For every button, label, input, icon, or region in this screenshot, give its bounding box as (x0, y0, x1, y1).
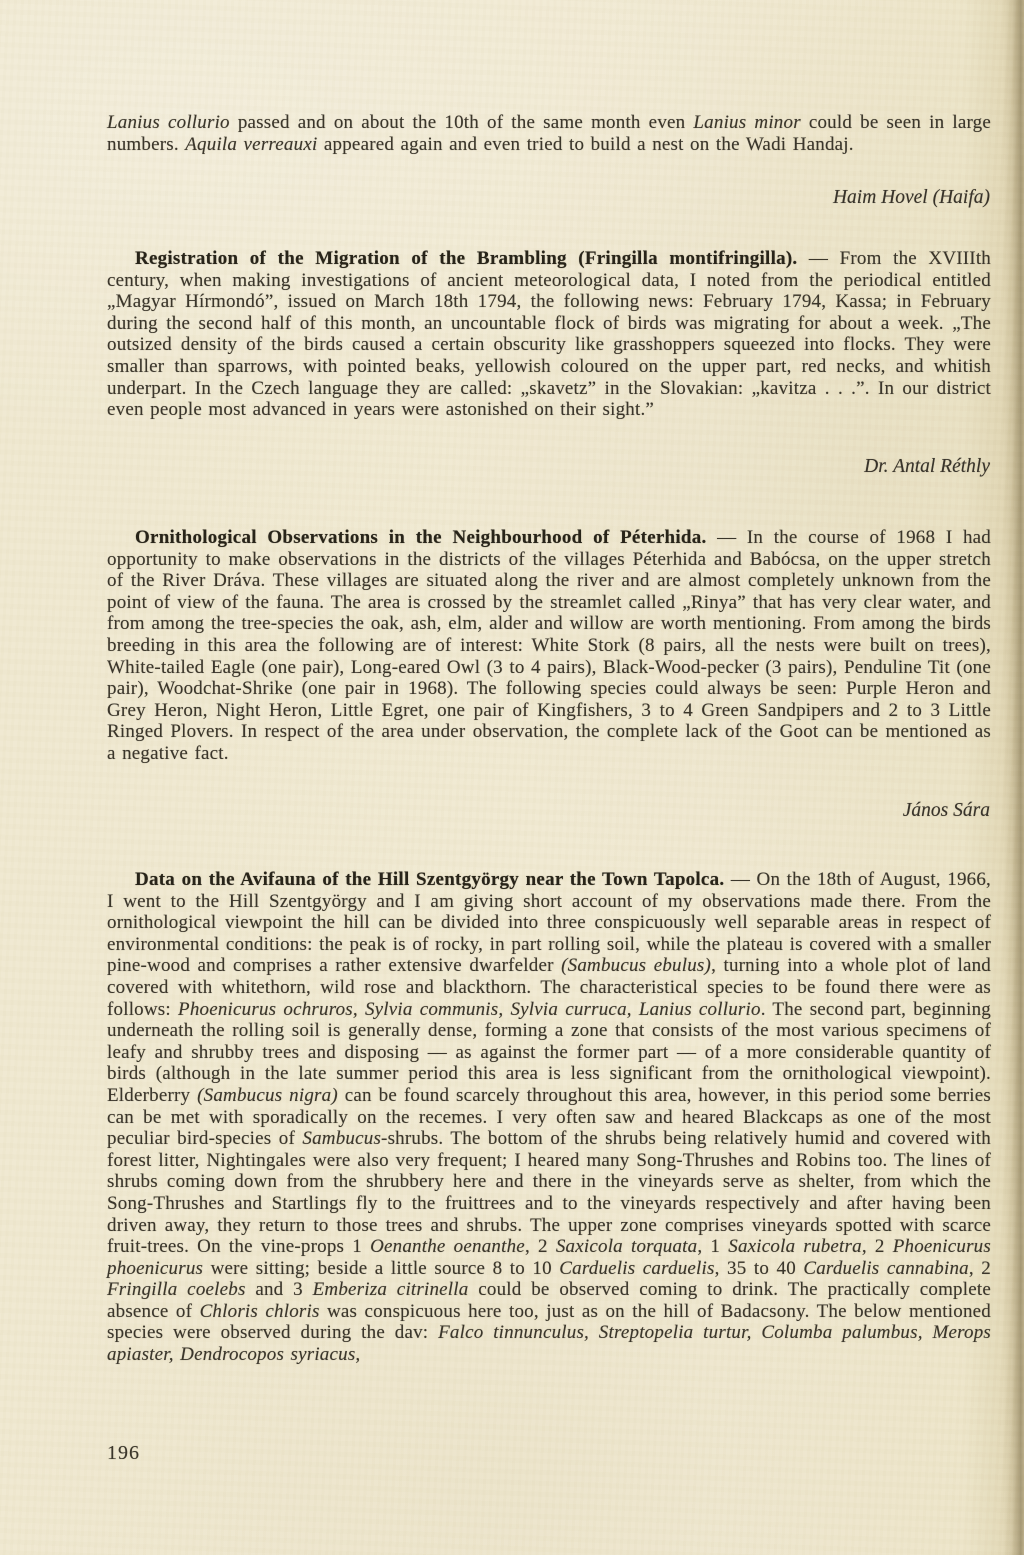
page-number: 196 (107, 1442, 140, 1465)
paragraph-szentgyorgy-avifauna: Data on the Avifauna of the Hill Szentgy… (107, 869, 991, 1366)
paragraph-peterhida-observations: Ornithological Observations in the Neigh… (107, 527, 991, 765)
signature-janos-sara: János Sára (903, 800, 990, 822)
paragraph-continuation-haifa: Lanius collurio passed and on about the … (107, 112, 991, 155)
page-edge-shadow (1002, 0, 1024, 1555)
paragraph-brambling-registration: Registration of the Migration of the Bra… (107, 248, 991, 421)
signature-antal-rethly: Dr. Antal Réthly (864, 456, 990, 478)
signature-haim-hovel: Haim Hovel (Haifa) (833, 187, 990, 209)
journal-page: Lanius collurio passed and on about the … (0, 0, 1024, 1555)
